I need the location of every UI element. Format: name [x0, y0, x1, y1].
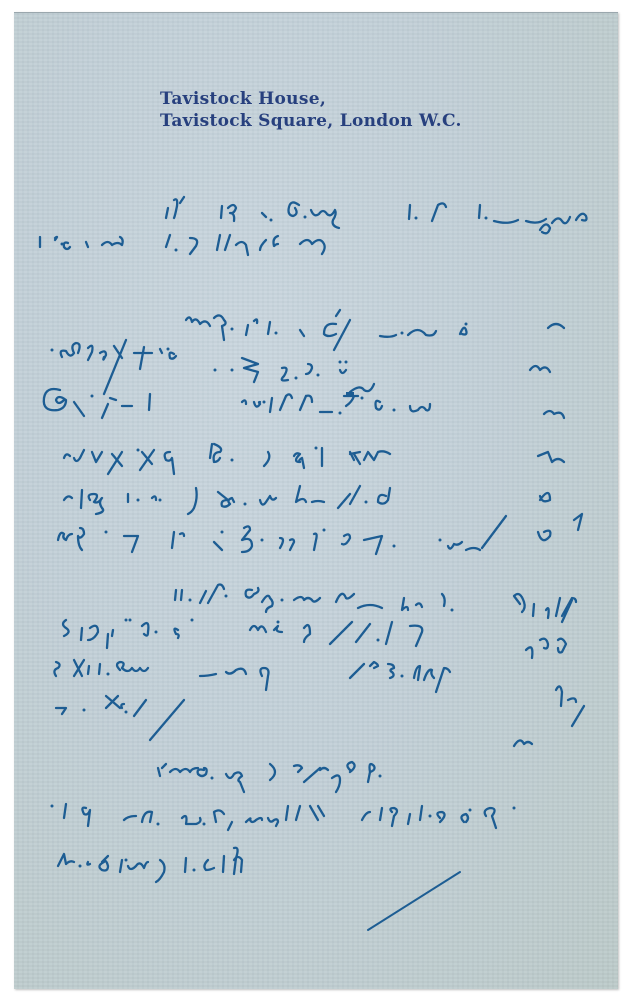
- shorthand-line-1: [166, 197, 587, 228]
- shorthand-line-7: [64, 486, 390, 514]
- shorthand-body: [0, 0, 635, 1000]
- closing-flourish: [368, 872, 460, 930]
- shorthand-line-18: [514, 514, 584, 746]
- shorthand-line-9: [175, 585, 454, 613]
- shorthand-line-13: [158, 762, 382, 792]
- shorthand-line-14: [51, 804, 325, 830]
- shorthand-line-3: [186, 310, 468, 350]
- shorthand-line-12: [56, 696, 184, 740]
- shorthand-line-8: [58, 516, 506, 554]
- shorthand-line-2: [40, 235, 325, 255]
- shorthand-line-10: [63, 619, 422, 649]
- shorthand-line-4: [51, 340, 375, 394]
- shorthand-line-5: [44, 389, 430, 418]
- shorthand-line-6: [64, 444, 390, 474]
- shorthand-line-17: [530, 224, 564, 540]
- shorthand-line-11: [54, 660, 450, 692]
- shorthand-line-16: [58, 848, 242, 882]
- shorthand-line-15: [362, 806, 516, 828]
